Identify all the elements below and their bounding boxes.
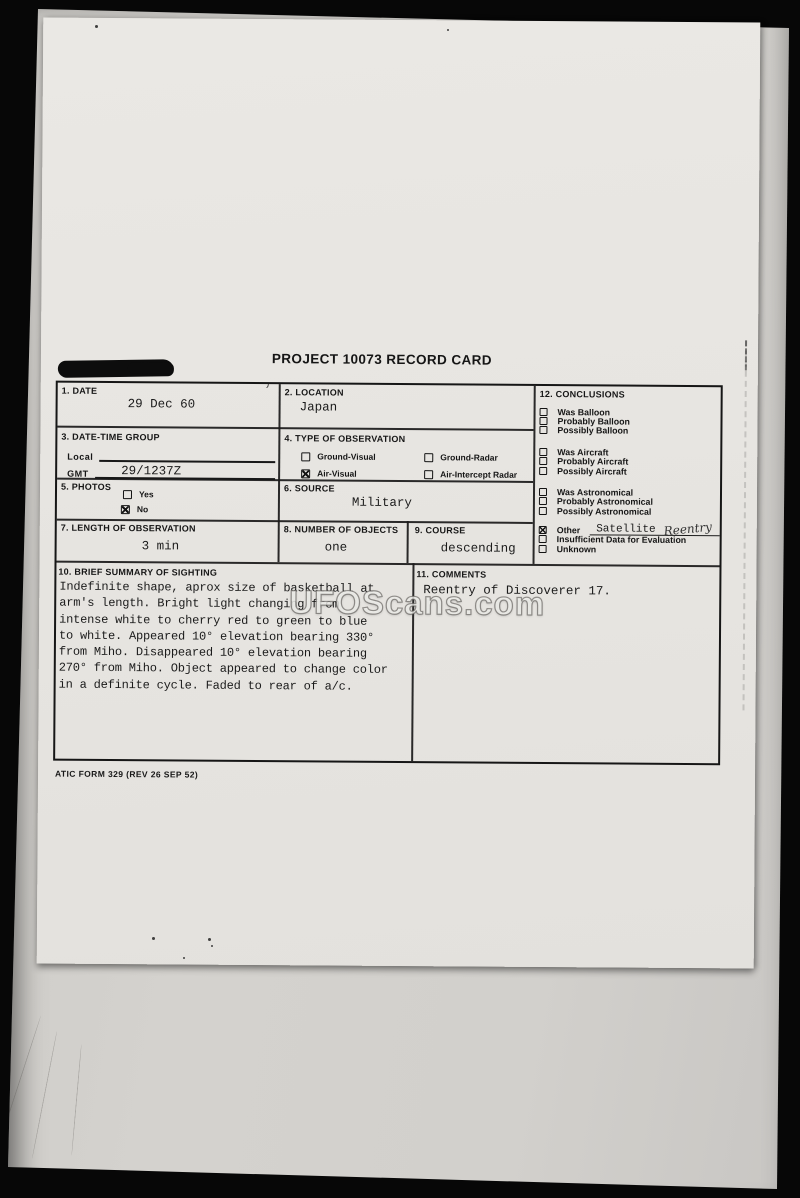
checkbox-icon [539, 467, 547, 475]
conclusion-option: Possibly Astronomical [536, 506, 720, 517]
conclusion-option: Unknown [536, 544, 720, 555]
date-time-group-label: 3. DATE-TIME GROUP [61, 432, 159, 443]
conclusion-label: Unknown [557, 544, 597, 554]
form-number: ATIC FORM 329 (REV 26 SEP 52) [55, 769, 198, 780]
checkbox-icon [539, 545, 547, 553]
location-value: Japan [300, 400, 338, 414]
conclusion-label: Other [557, 525, 581, 535]
checkbox-icon [424, 470, 433, 479]
fold-line [745, 340, 747, 370]
paper-crease [32, 1031, 58, 1159]
checkbox-icon [121, 505, 130, 514]
photos-label: 5. PHOTOS [61, 482, 111, 492]
date-label: 1. DATE [62, 386, 98, 396]
option-label: Air-Visual [317, 468, 357, 478]
option-air-intercept-radar: Air-Intercept Radar [424, 469, 517, 480]
option-air-visual: Air-Visual [301, 468, 357, 478]
checkbox-icon [539, 457, 547, 465]
option-label: Ground-Radar [440, 452, 498, 462]
option-ground-radar: Ground-Radar [424, 452, 498, 463]
comments-label: 11. COMMENTS [416, 569, 486, 579]
dust-speck [208, 938, 211, 941]
other-underline: Satellite Reentry [590, 523, 720, 536]
checkbox-icon [539, 507, 547, 515]
type-of-observation-label: 4. TYPE OF OBSERVATION [284, 433, 405, 444]
dust-speck [211, 945, 213, 947]
local-label: Local [67, 452, 93, 462]
checkbox-icon [539, 535, 547, 543]
watermark: UFOScans.com [289, 583, 545, 623]
checkbox-icon [123, 490, 132, 499]
conclusions-label: 12. CONCLUSIONS [540, 389, 625, 400]
course-label: 9. COURSE [415, 525, 466, 535]
checkbox-icon [539, 426, 547, 434]
conclusion-label: Possibly Balloon [557, 426, 628, 436]
conclusions-aircraft-group: Was Aircraft Probably Aircraft Possibly … [536, 447, 720, 476]
conclusion-label: Possibly Astronomical [557, 506, 652, 517]
number-of-objects-value: one [325, 540, 348, 554]
gmt-value: 29/1237Z [121, 464, 181, 478]
location-label: 2. LOCATION [285, 387, 344, 397]
paper-crease [71, 1044, 82, 1156]
option-ground-visual: Ground-Visual [301, 451, 375, 462]
checkbox-icon [424, 453, 433, 462]
source-value: Military [352, 496, 412, 510]
record-card-table: 1. DATE 29 Dec 60 2. LOCATION Japan 3. D… [53, 381, 723, 766]
checkbox-icon [539, 488, 547, 496]
checkbox-icon [539, 448, 547, 456]
conclusions-list: Was Balloon Probably Balloon Possibly Ba… [536, 407, 721, 555]
option-label: No [137, 504, 148, 514]
course-value: descending [441, 541, 516, 556]
table-line [57, 561, 720, 568]
table-line [278, 384, 281, 562]
length-of-observation-label: 7. LENGTH OF OBSERVATION [61, 523, 196, 534]
conclusions-balloon-group: Was Balloon Probably Balloon Possibly Ba… [536, 407, 720, 436]
paper-crease [0, 1015, 41, 1153]
option-label: Yes [139, 489, 154, 499]
conclusion-option: Possibly Balloon [536, 426, 720, 437]
option-photos-yes: Yes [123, 489, 154, 499]
conclusion-option: Possibly Aircraft [536, 466, 720, 477]
checkbox-icon [539, 497, 547, 505]
summary-line: in a definite cycle. Faded to rear of a/… [59, 676, 412, 695]
gmt-label: GMT [67, 469, 89, 479]
dust-speck [183, 957, 185, 959]
other-handwritten-value: Reentry [663, 521, 712, 536]
table-line [407, 521, 409, 563]
length-of-observation-value: 3 min [142, 539, 180, 553]
conclusion-label: Possibly Aircraft [557, 466, 627, 476]
conclusions-astronomical-group: Was Astronomical Probably Astronomical P… [536, 487, 720, 516]
option-photos-no: No [121, 504, 148, 514]
local-underline [99, 460, 275, 463]
checkbox-icon [540, 408, 548, 416]
dust-speck [152, 937, 155, 940]
fold-line [742, 340, 747, 710]
form-title: PROJECT 10073 RECORD CARD [192, 351, 572, 369]
number-of-objects-label: 8. NUMBER OF OBJECTS [284, 524, 399, 535]
table-line [57, 426, 533, 431]
dust-speck [447, 29, 449, 31]
other-typed-value: Satellite [596, 524, 655, 535]
conclusions-other-group: Other Satellite Reentry Insufficient Dat… [536, 523, 720, 554]
checkbox-icon [301, 452, 310, 461]
date-value: 29 Dec 60 [128, 397, 196, 411]
checkbox-icon [539, 417, 547, 425]
redaction-mark [58, 359, 174, 378]
checkbox-icon [539, 525, 547, 533]
dust-speck [95, 25, 98, 28]
scanned-document-page: PROJECT 10073 RECORD CARD 1. DATE 29 Dec… [0, 0, 800, 1198]
checkbox-icon [301, 469, 310, 478]
source-label: 6. SOURCE [284, 483, 335, 493]
option-label: Ground-Visual [317, 451, 375, 461]
brief-summary-label: 10. BRIEF SUMMARY OF SIGHTING [58, 567, 217, 578]
option-label: Air-Intercept Radar [440, 469, 517, 480]
record-card-sheet: PROJECT 10073 RECORD CARD 1. DATE 29 Dec… [37, 18, 761, 969]
